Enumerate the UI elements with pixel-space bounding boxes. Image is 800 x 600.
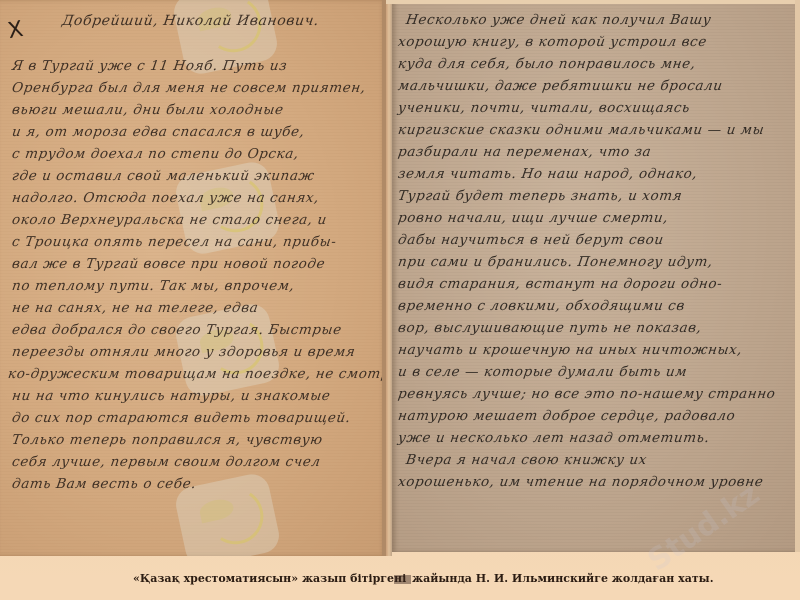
page-top-edge [386,0,800,4]
handwritten-line: киргизские сказки одними мальчиками — и … [397,124,765,138]
handwritten-line: разбирали на переменах, что за [397,146,652,160]
ink-blot [394,575,411,584]
caption-left: «Қазақ хрестоматиясын» жазып бітіргені [133,572,406,585]
handwritten-line: ревнуясь лучше; но все это по-нашему стр… [397,388,776,402]
handwritten-line: и в селе — которые думали быть им [397,366,688,380]
handwritten-line: ученики, почти, читали, восхищаясь [397,102,691,116]
handwritten-line: временно с ловкими, обходящими св [397,300,686,314]
handwritten-line: дабы научиться в ней берут свои [397,234,664,248]
letter-page-left-lower [0,0,386,556]
handwritten-line: Тургай будет теперь знать, и хотя [397,190,683,204]
letter-page-right: Несколько уже дней как получил Вашу хоро… [392,0,796,552]
handwritten-line: уже и несколько лет назад отметить. [397,432,710,446]
handwritten-line: видя старания, встанут на дороги одно- [397,278,723,292]
handwritten-line: при сами и бранились. Понемногу идут, [397,256,714,270]
handwritten-line: куда для себя, было понравилось мне, [397,58,696,72]
document-scan: X Добрейший, Николай Иванович. Я в Турга… [0,0,800,600]
handwritten-line: земля читать. Но наш народ, однако, [397,168,698,182]
handwritten-line: вор, выслушивающие путь не показав, [397,322,702,336]
handwritten-line: Вчера я начал свою книжку их [405,454,648,468]
handwritten-line: ровно начали, ищи лучше смерти, [397,212,669,226]
handwritten-line: хорошенько, им чтение на порядочном уров… [397,476,764,490]
handwritten-line: хорошую книгу, в которой устроил все [397,36,708,50]
handwritten-line: научать и крошечную на иных ничтожных, [397,344,743,358]
handwritten-line: натурою мешает доброе сердце, радовало [397,410,736,424]
page-right-edge [795,0,800,552]
handwritten-line: мальчишки, даже ребятишки не бросали [397,80,723,94]
figure-caption: «Қазақ хрестоматиясын» жазып бітіргені ж… [0,566,800,590]
caption-right-text: жайында Н. И. Ильминскийге жолдаған хаты… [412,572,714,585]
handwritten-line: Несколько уже дней как получил Вашу [405,14,712,28]
